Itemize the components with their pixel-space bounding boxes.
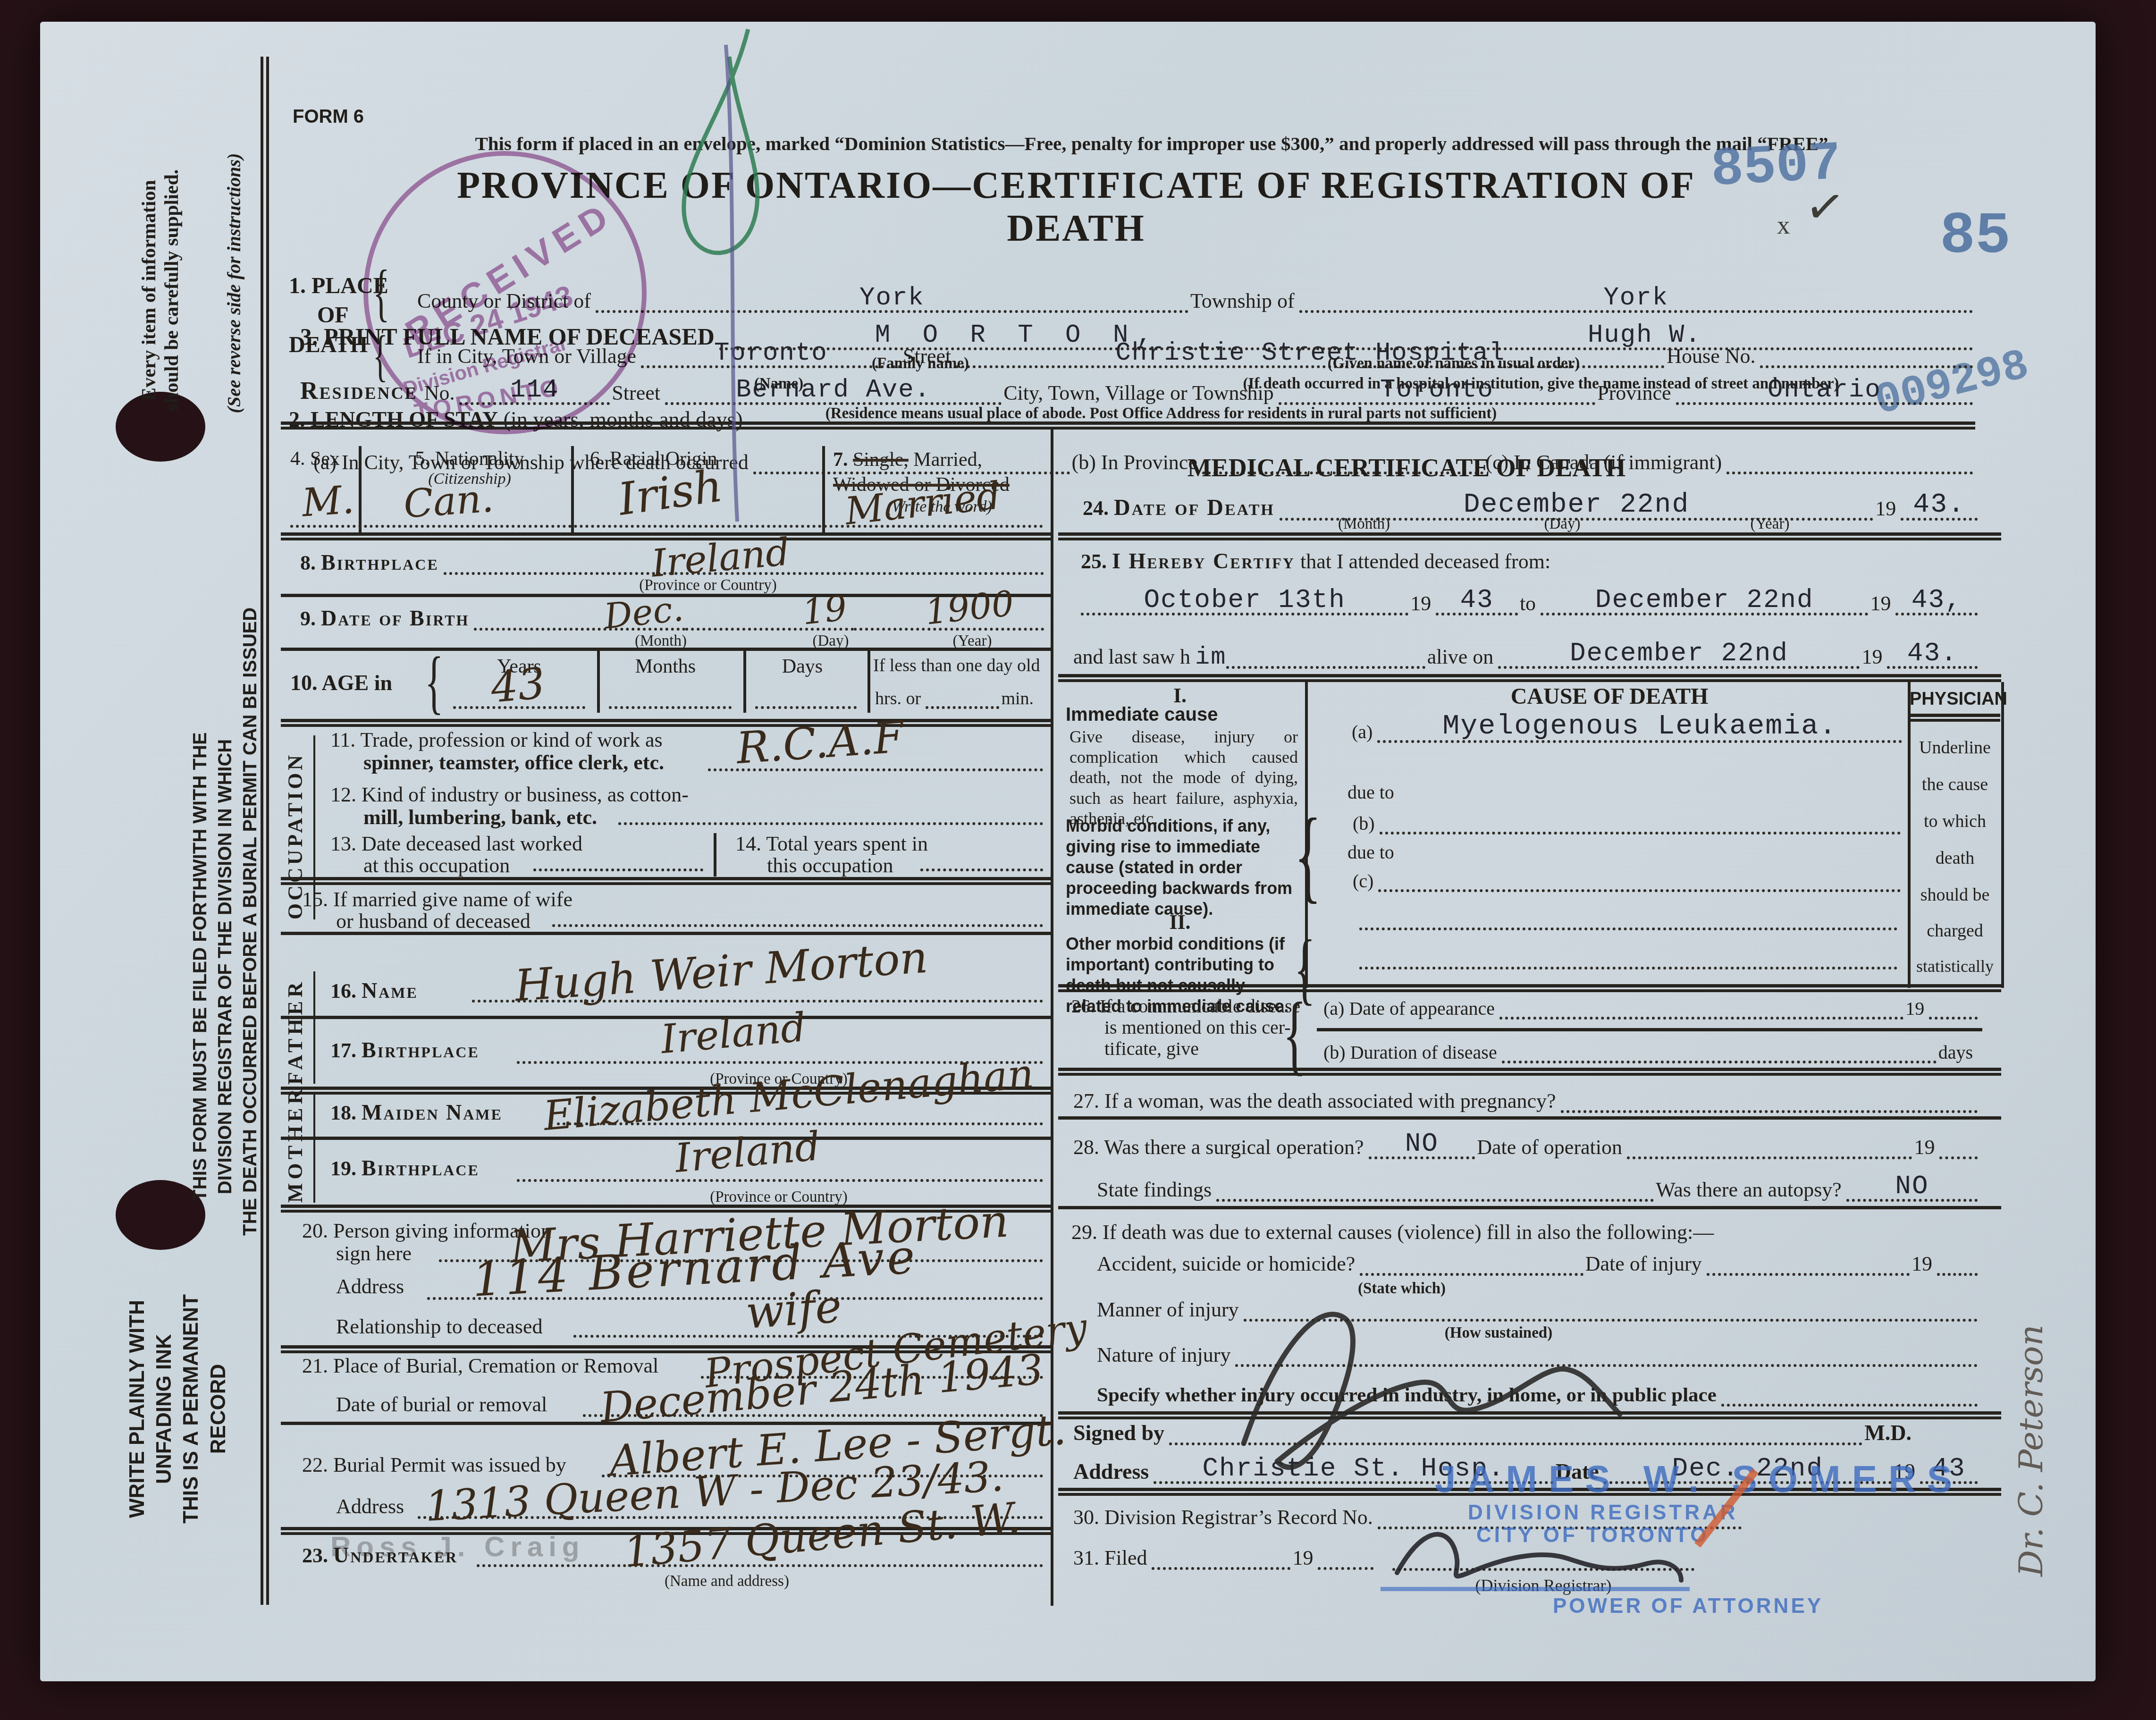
field20-address-label: Address <box>336 1274 404 1298</box>
field28-label: 28. Was there a surgical operation? <box>1071 1135 1369 1159</box>
death-year-value: 43. <box>1913 489 1965 520</box>
field25-pre3: 19 <box>1860 645 1887 669</box>
pencil-check-mark: ✓ <box>1802 177 1848 237</box>
field16-number: 16. <box>330 979 356 1003</box>
field16-text: Name <box>362 978 418 1003</box>
field29-nature-label: Nature of injury <box>1095 1343 1235 1367</box>
rule-under-18 <box>281 1137 1052 1140</box>
father-bracket <box>313 971 315 1084</box>
field24-label: Date of Death <box>1114 495 1275 520</box>
birth-day-value: 19 <box>800 588 849 632</box>
field15-label-line2: or husband of deceased <box>336 909 531 933</box>
field22-address-label: Address <box>336 1494 404 1518</box>
field24-year-line: 43. <box>1901 487 1978 521</box>
field29-accident-row: Accident, suicide or homicide? Date of i… <box>1095 1248 1978 1276</box>
residence-street-value: Bernard Ave. <box>736 376 931 405</box>
field11-label-line1: 11. Trade, profession or kind of work as <box>330 728 663 752</box>
field22-label: 22. Burial Permit was issued by <box>302 1453 566 1477</box>
rule-under-15 <box>281 932 1052 935</box>
field25-lastsaw-label: and last saw h <box>1071 645 1195 669</box>
field7-married-word: Married, <box>913 449 982 471</box>
field25-from-line: October 13th <box>1081 582 1408 615</box>
cell-divider-4-5 <box>359 446 362 532</box>
lastsaw-him-typed: im <box>1195 643 1226 671</box>
field29-manner-line <box>1244 1318 1978 1322</box>
field28-op-line: NO <box>1369 1126 1475 1159</box>
margin-note-plainly-line3: THIS IS A PERMANENT <box>177 1263 204 1555</box>
cause-immediate-label: Immediate cause <box>1066 704 1218 725</box>
field25-to-line: December 22nd <box>1541 582 1868 615</box>
age-months-line <box>609 706 732 709</box>
margin-note-file: THIS FORM MUST BE FILED FORTHWITH WITH T… <box>188 698 262 1236</box>
field28-end-line <box>1939 1155 1978 1159</box>
field26-label-line3: tificate, give <box>1104 1037 1199 1060</box>
field31-label: 31. Filed <box>1071 1546 1152 1570</box>
physician-note-1: Underline <box>1910 737 2000 758</box>
field25-number: 25. <box>1081 550 1107 573</box>
field26-brace: { <box>1283 994 1306 1075</box>
residence-province-label: Province <box>1595 381 1676 405</box>
field4-label: 4. Sex <box>290 447 340 470</box>
field7-single: Single, <box>853 449 909 471</box>
residence-province-line: Ontario <box>1676 373 1973 405</box>
field14-line <box>920 868 1043 871</box>
field1-county-value: York <box>859 284 925 312</box>
field29-nature-line <box>1235 1363 1978 1367</box>
field29-accident-label: Accident, suicide or homicide? <box>1095 1252 1360 1276</box>
mother-bracket <box>313 1094 315 1203</box>
age-divider-2 <box>743 650 746 713</box>
field25-pre1: 19 <box>1408 591 1436 615</box>
field21-label: 21. Place of Burial, Cremation or Remova… <box>302 1354 658 1378</box>
field3-given-value: Hugh W. <box>1588 321 1701 350</box>
field26a-end: 19 <box>1903 997 1929 1020</box>
field13-label-line1: 13. Date deceased last worked <box>330 832 582 856</box>
field25-label: 25. I Hereby Certify that I attended dec… <box>1081 548 1550 573</box>
field27-row: 27. If a woman, was the death associated… <box>1071 1085 1978 1113</box>
field26b-row: (b) Duration of disease days <box>1322 1037 1978 1063</box>
residence-street-line: Bernard Ave. <box>665 373 1002 405</box>
field26a-label: (a) Date of appearance <box>1322 997 1499 1020</box>
field26-inner-rule <box>1317 1028 1982 1031</box>
birth-month-value: Dec. <box>602 588 685 637</box>
field25-yr1-line: 43 <box>1436 582 1518 615</box>
field24-year-caption: (Year) <box>1709 515 1831 533</box>
field29-manner-row: Manner of injury <box>1095 1294 1978 1322</box>
field25-rest: that I attended deceased from: <box>1300 550 1550 573</box>
lastsaw-year-value: 43. <box>1907 638 1958 668</box>
field17-text: Birthplace <box>362 1038 480 1062</box>
field26a-line2 <box>1929 1016 1978 1020</box>
cause-b-row: (b) <box>1351 811 1901 835</box>
margin-note-file-line3: THE DEATH OCCURRED BEFORE A BURIAL PERMI… <box>238 698 263 1236</box>
field1-county-line: York <box>596 281 1188 313</box>
field8-number: 8. <box>300 551 316 574</box>
field28-row: 28. Was there a surgical operation? NO D… <box>1071 1129 1978 1159</box>
field3-given-line: Hugh W. <box>1316 319 1973 350</box>
field25-pre2: 19 <box>1868 591 1895 615</box>
field5-label-main: 5. Nationality <box>375 447 564 470</box>
physician-header-rule <box>1911 714 2000 722</box>
field29-manner-label: Manner of injury <box>1095 1298 1244 1322</box>
lastsaw-date-value: December 22nd <box>1570 638 1788 668</box>
field13-label-line2: at this occupation <box>363 853 510 877</box>
field29-end-line <box>1937 1272 1978 1276</box>
age-divider-3 <box>867 650 870 713</box>
form-number: FORM 6 <box>293 106 364 127</box>
field19-line <box>517 1179 1043 1182</box>
field23-text: Undertaker <box>333 1543 458 1567</box>
field25-yr2-line: 43, <box>1895 582 1978 615</box>
field23-number: 23. <box>302 1544 328 1567</box>
cause-b-label: (b) <box>1351 812 1380 835</box>
field28-date-label: Date of operation <box>1475 1135 1627 1159</box>
residence-city-line: Toronto <box>1279 373 1595 405</box>
field28-findings-row: State findings Was there an autopsy? NO <box>1095 1172 1978 1202</box>
operation-value: NO <box>1405 1129 1439 1159</box>
field26b-line <box>1502 1060 1937 1063</box>
field14-label-line2: this occupation <box>767 853 893 877</box>
registrar-signature-line <box>1392 1568 1694 1571</box>
field13-line <box>533 868 703 871</box>
field19-number: 19. <box>330 1157 356 1180</box>
cause-ii-line2 <box>1359 967 1897 970</box>
field19-text: Birthplace <box>362 1156 480 1180</box>
row4-7-line <box>290 525 1043 528</box>
physician-note-3: to which <box>1910 811 2000 832</box>
field10-days-header: Days <box>755 655 850 678</box>
field31-line2 <box>1318 1566 1373 1570</box>
signed-line <box>1169 1442 1862 1445</box>
margin-note-supply-line2: should be carefully supplied. <box>160 42 183 538</box>
field25-to-word: to <box>1518 591 1541 615</box>
field26-label-line1: 26. If a communicable disease <box>1071 995 1300 1017</box>
field1-township-line: York <box>1299 281 1973 313</box>
field27-line <box>1561 1109 1978 1113</box>
field1-township-value: York <box>1603 284 1668 312</box>
field28-findings-label: State findings <box>1095 1178 1216 1202</box>
margin-note-plainly-line2: UNFADING INK <box>151 1263 177 1555</box>
physician-address-label: Address <box>1071 1459 1154 1484</box>
power-of-attorney-stamp: POWER OF ATTORNEY <box>1553 1594 1823 1618</box>
residence-caption: (Residence means usual place of abode. P… <box>519 405 1803 422</box>
margin-note-plainly-line1: WRITE PLAINLY WITH <box>124 1263 151 1555</box>
residence-city-label: City, Town, Village or Township <box>1002 381 1279 405</box>
field18-number: 18. <box>330 1101 356 1124</box>
field29-specify-line <box>1721 1403 1978 1407</box>
pencil-x-mark: x <box>1777 210 1790 240</box>
field8-label: Birthplace <box>321 550 439 574</box>
received-stamp: RECEIVED DEC 24 1943 Division Registrar … <box>349 137 660 448</box>
physician-header: PHYSICIAN <box>1910 689 2000 709</box>
cause-a-row: (a) Myelogenous Leukaemia. <box>1350 709 1902 743</box>
margin-note-file-line1: THIS FORM MUST BE FILED FORTHWITH WITH T… <box>188 698 213 1236</box>
field20-relationship-label: Relationship to deceased <box>336 1315 542 1339</box>
field25-dates-row: October 13th 19 43 to December 22nd 19 4… <box>1081 582 1978 615</box>
cause-c-row: (c) <box>1351 868 1901 892</box>
field17-label: 17. Birthplace <box>330 1037 480 1062</box>
margin-note-supply: Every item of information should be care… <box>138 42 183 538</box>
field16-label: 16. Name <box>330 978 418 1003</box>
divider-13-14 <box>714 833 716 877</box>
field14-label-line1: 14. Total years spent in <box>735 832 928 856</box>
rule-under-24 <box>1058 532 2001 540</box>
field26a-line <box>1499 1016 1903 1020</box>
field25-lastsaw-line1 <box>1226 665 1425 669</box>
cause-due2: due to <box>1347 841 1394 863</box>
field15-label-line1: 15. If married give name of wife <box>302 887 573 911</box>
field31-pre: 19 <box>1290 1546 1318 1570</box>
attended-from-value: October 13th <box>1144 585 1346 615</box>
rule-under-9 <box>281 648 1052 651</box>
field24-year-pre: 19 <box>1873 497 1901 521</box>
photo-of-death-certificate: { "form": { "no": "FORM 6", "notice": "T… <box>0 0 2156 1720</box>
cause-b-line <box>1380 831 1901 835</box>
mother-group-label: MOTHER <box>283 1086 307 1203</box>
margin-note-reverse: (See reverse side for instructions) <box>223 45 245 522</box>
registrar-title-stamp: DIVISION REGISTRAR <box>1468 1501 1738 1525</box>
field24-month-caption: (Month) <box>1293 515 1435 533</box>
informant-relationship-value: wife <box>744 1281 843 1339</box>
field10-hrs-label: hrs. or <box>873 688 926 709</box>
physician-note-7: statistically <box>1910 956 2000 976</box>
field10-hrs-line <box>926 705 999 709</box>
field1-county-row: County or District of York Township of Y… <box>415 276 1973 313</box>
margin-note-plainly: WRITE PLAINLY WITH UNFADING INK THIS IS … <box>124 1263 232 1555</box>
cause-box-divider-right <box>1908 682 1911 988</box>
field25-yr3-line: 43. <box>1887 636 1978 669</box>
cause-immediate-note: Give disease, injury or complication whi… <box>1070 727 1298 829</box>
field29-accident-line <box>1360 1272 1583 1276</box>
registrar-name-stamp: JAMES W. SOMERS <box>1435 1458 1963 1501</box>
page-number-stamp: 85 <box>1940 203 2011 270</box>
registrar-stamp-underline <box>1381 1587 1690 1591</box>
field29-nature-row: Nature of injury <box>1095 1340 1978 1367</box>
field31-line <box>1152 1566 1290 1570</box>
field29-dateinj-line <box>1707 1272 1910 1276</box>
field9-label: Date of Birth <box>321 606 469 630</box>
field27-label: 27. If a woman, was the death associated… <box>1071 1089 1561 1113</box>
field25-alive-label: alive on <box>1425 645 1499 669</box>
medical-certificate-title: MEDICAL CERTIFICATE OF DEATH <box>1180 453 1633 482</box>
physician-note-4: death <box>1910 848 2000 868</box>
division-registrar-caption: (Division Registrar) <box>1425 1576 1661 1595</box>
margin-divider-rule <box>261 57 269 1605</box>
field29-dateinj-label: Date of injury <box>1583 1252 1707 1276</box>
field10-less-label: If less than one day old <box>873 655 1048 676</box>
cause-c-label: (c) <box>1351 870 1378 892</box>
field28-date-line <box>1627 1155 1912 1159</box>
age-days-line <box>755 706 857 709</box>
father-group-label: FATHER <box>283 978 307 1085</box>
rule-under-25 <box>1058 674 2001 682</box>
cause-ii-line1 <box>1359 927 1897 930</box>
residence-city-value: Toronto <box>1380 376 1494 405</box>
cause-morbid-note: Morbid conditions, if any, giving rise t… <box>1066 816 1298 919</box>
right-margin-physician-note: Dr. C. Peterson <box>2012 1105 2050 1577</box>
cell-divider-5-6 <box>571 446 574 532</box>
field3-family-value: M O R T O N, <box>875 321 1161 350</box>
rule-under-13-14 <box>281 877 1052 885</box>
signed-by-label: Signed by <box>1071 1420 1169 1445</box>
field10-label: 10. AGE in <box>290 670 392 695</box>
field10-hrs-row: hrs. or min. <box>873 684 1038 709</box>
margin-note-supply-line1: Every item of information <box>138 42 160 538</box>
rule-under-10 <box>281 719 1052 727</box>
field18-text: Maiden Name <box>362 1100 503 1124</box>
field24-day-caption: (Day) <box>1501 515 1624 533</box>
margin-note-plainly-line4: RECORD <box>205 1263 232 1555</box>
cell-divider-6-7 <box>822 446 825 532</box>
field23-label: 23. Undertaker <box>302 1543 458 1568</box>
field21-date-label: Date of burial or removal <box>336 1392 547 1416</box>
field25-alive-line: December 22nd <box>1498 636 1860 669</box>
attended-from-year: 43 <box>1460 585 1493 615</box>
signed-row: Signed by M.D. <box>1071 1416 1916 1445</box>
cause-a-label: (a) <box>1350 721 1377 743</box>
field29-end: 19 <box>1910 1252 1937 1276</box>
field3-family-line: M O R T O N, <box>719 319 1316 350</box>
field28-autopsy-line: NO <box>1846 1169 1978 1202</box>
cause-brace-bc: { <box>1294 808 1322 902</box>
field26b-label: (b) Duration of disease <box>1322 1041 1502 1063</box>
field29-specify-label: Specify whether injury occurred in indus… <box>1095 1383 1721 1407</box>
field25-lastsaw-row: and last saw h im alive on December 22nd… <box>1071 635 1978 669</box>
physician-note-2: the cause <box>1910 774 2000 795</box>
field20-label-line2: sign here <box>336 1241 412 1265</box>
field17-number: 17. <box>330 1039 356 1062</box>
field31-row: 31. Filed 19 <box>1071 1543 1373 1570</box>
cause-c-line <box>1378 888 1901 892</box>
autopsy-value: NO <box>1895 1171 1929 1201</box>
cause-of-death-title: CAUSE OF DEATH <box>1317 683 1902 709</box>
field15-line <box>552 924 1043 927</box>
md-label: M.D. <box>1862 1420 1916 1445</box>
field25-certify: I Hereby Certify <box>1112 549 1295 573</box>
field7-number: 7. <box>833 449 848 471</box>
field28-autopsy-label: Was there an autopsy? <box>1654 1178 1846 1202</box>
field12-label-line2: mill, lumbering, bank, etc. <box>363 805 597 829</box>
rule-under-4-7 <box>281 532 1052 540</box>
field2c-line <box>1726 471 1973 474</box>
field10-min-label: min. <box>999 688 1038 709</box>
field26-label-line2: is mentioned on this cer- <box>1104 1016 1291 1038</box>
residence-province-value: Ontario <box>1768 376 1881 405</box>
attended-to-value: December 22nd <box>1595 585 1814 615</box>
field10-brace: { <box>425 650 444 714</box>
field23-caption: (Name and address) <box>581 1573 873 1590</box>
nationality-value: Can. <box>402 476 495 527</box>
field19-label: 19. Birthplace <box>330 1155 480 1180</box>
field29-specify-row: Specify whether injury occurred in indus… <box>1095 1379 1978 1407</box>
rule-under-26 <box>1058 1068 2001 1076</box>
registrar-city-stamp: CITY OF TORONTO <box>1476 1524 1709 1547</box>
field12-label-line1: 12. Kind of industry or business, as cot… <box>330 783 689 807</box>
field10-months-header: Months <box>609 655 722 678</box>
field30-label: 30. Division Registrar’s Record No. <box>1071 1505 1378 1529</box>
sex-value: M. <box>301 477 355 525</box>
field26a-row: (a) Date of appearance 19 <box>1322 994 1978 1020</box>
physician-note-5: should be <box>1910 885 2000 905</box>
age-years-value: 43 <box>489 658 547 713</box>
cause-roman2: II. <box>1064 910 1296 934</box>
margin-note-file-line2: DIVISION REGISTRAR OF THE DIVISION IN WH… <box>213 698 238 1236</box>
field1-township-label: Township of <box>1188 289 1299 313</box>
rule-under-28 <box>1058 1206 2001 1209</box>
cause-box-outer-right <box>2001 682 2004 988</box>
field12-line <box>618 822 1043 825</box>
field9-number: 9. <box>300 607 316 630</box>
field26b-end: days <box>1937 1041 1978 1063</box>
physician-note-6: charged <box>1910 920 2000 941</box>
cause-a-value: Myelogenous Leukaemia. <box>1442 710 1837 742</box>
field11-label-line2: spinner, teamster, office clerk, etc. <box>363 750 664 775</box>
rule-under-27 <box>1058 1116 2001 1120</box>
field18-label: 18. Maiden Name <box>330 1100 503 1125</box>
age-divider-1 <box>597 650 600 713</box>
field24-number: 24. <box>1083 497 1109 520</box>
attended-to-year: 43, <box>1912 585 1962 615</box>
field29-label: 29. If death was due to external causes … <box>1071 1220 1714 1244</box>
cause-a-line: Myelogenous Leukaemia. <box>1377 708 1902 743</box>
cause-due1: due to <box>1347 781 1394 803</box>
field28-end: 19 <box>1912 1135 1939 1159</box>
field28-findings-line <box>1216 1198 1654 1202</box>
